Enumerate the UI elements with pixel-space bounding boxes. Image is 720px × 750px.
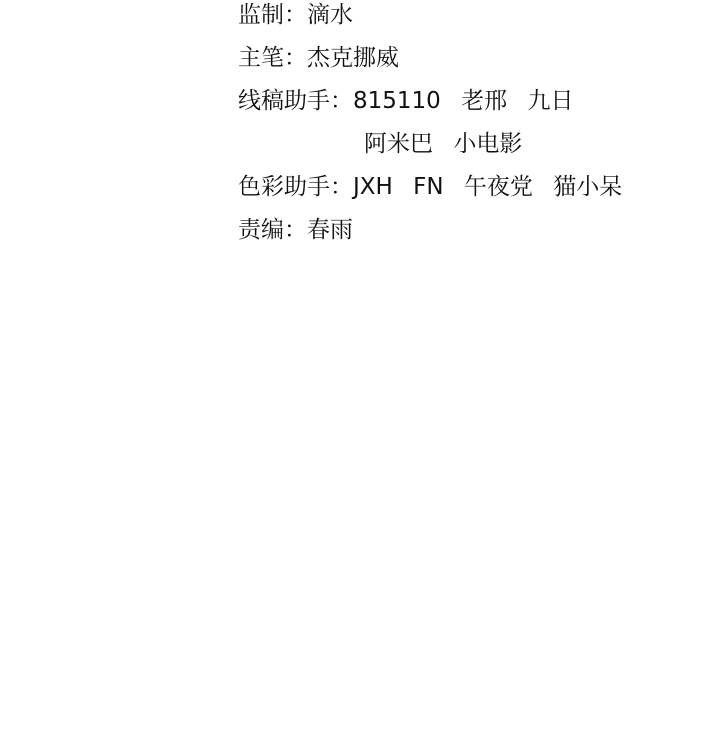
credits-block: 监制： 滴水 主笔： 杰克挪威 线稿助手： 815110 老邢 九日 阿米巴 小… bbox=[238, 0, 635, 255]
credit-color-assistants: 色彩助手： JXH FN 午夜党 猫小呆 bbox=[238, 169, 635, 212]
credit-role-label: 监制： bbox=[238, 0, 307, 40]
credit-names: 春雨 bbox=[307, 212, 366, 255]
credit-role-label: 主笔： bbox=[238, 40, 307, 83]
credit-name: FN bbox=[413, 174, 443, 200]
credit-names: JXH FN 午夜党 猫小呆 bbox=[353, 169, 635, 212]
credit-names: 杰克挪威 bbox=[307, 40, 412, 83]
credit-name: 午夜党 bbox=[464, 174, 533, 200]
credit-names: 815110 老邢 九日 bbox=[353, 83, 586, 126]
credit-name: 815110 bbox=[353, 88, 441, 114]
credit-supervisor: 监制： 滴水 bbox=[238, 0, 635, 40]
credit-name: 小电影 bbox=[453, 131, 522, 157]
credit-lineart-assistants: 线稿助手： 815110 老邢 九日 bbox=[238, 83, 635, 126]
credit-name: 九日 bbox=[527, 88, 573, 114]
credit-role-label: 线稿助手： bbox=[238, 83, 353, 126]
credit-names: 滴水 bbox=[307, 0, 366, 40]
credit-lineart-assistants-continued: 阿米巴 小电影 bbox=[238, 126, 635, 169]
credit-name: 阿米巴 bbox=[364, 131, 433, 157]
credit-role-label: 责编： bbox=[238, 212, 307, 255]
credit-name: 春雨 bbox=[307, 217, 353, 243]
credit-names: 阿米巴 小电影 bbox=[364, 126, 535, 169]
credit-name: 猫小呆 bbox=[553, 174, 622, 200]
credit-editor: 责编： 春雨 bbox=[238, 212, 635, 255]
credit-lead-artist: 主笔： 杰克挪威 bbox=[238, 40, 635, 83]
credit-name: 杰克挪威 bbox=[307, 45, 399, 71]
credit-name: 老邢 bbox=[461, 88, 507, 114]
credit-role-label: 色彩助手： bbox=[238, 169, 353, 212]
credit-name: 滴水 bbox=[307, 2, 353, 28]
credit-name: JXH bbox=[353, 174, 393, 200]
